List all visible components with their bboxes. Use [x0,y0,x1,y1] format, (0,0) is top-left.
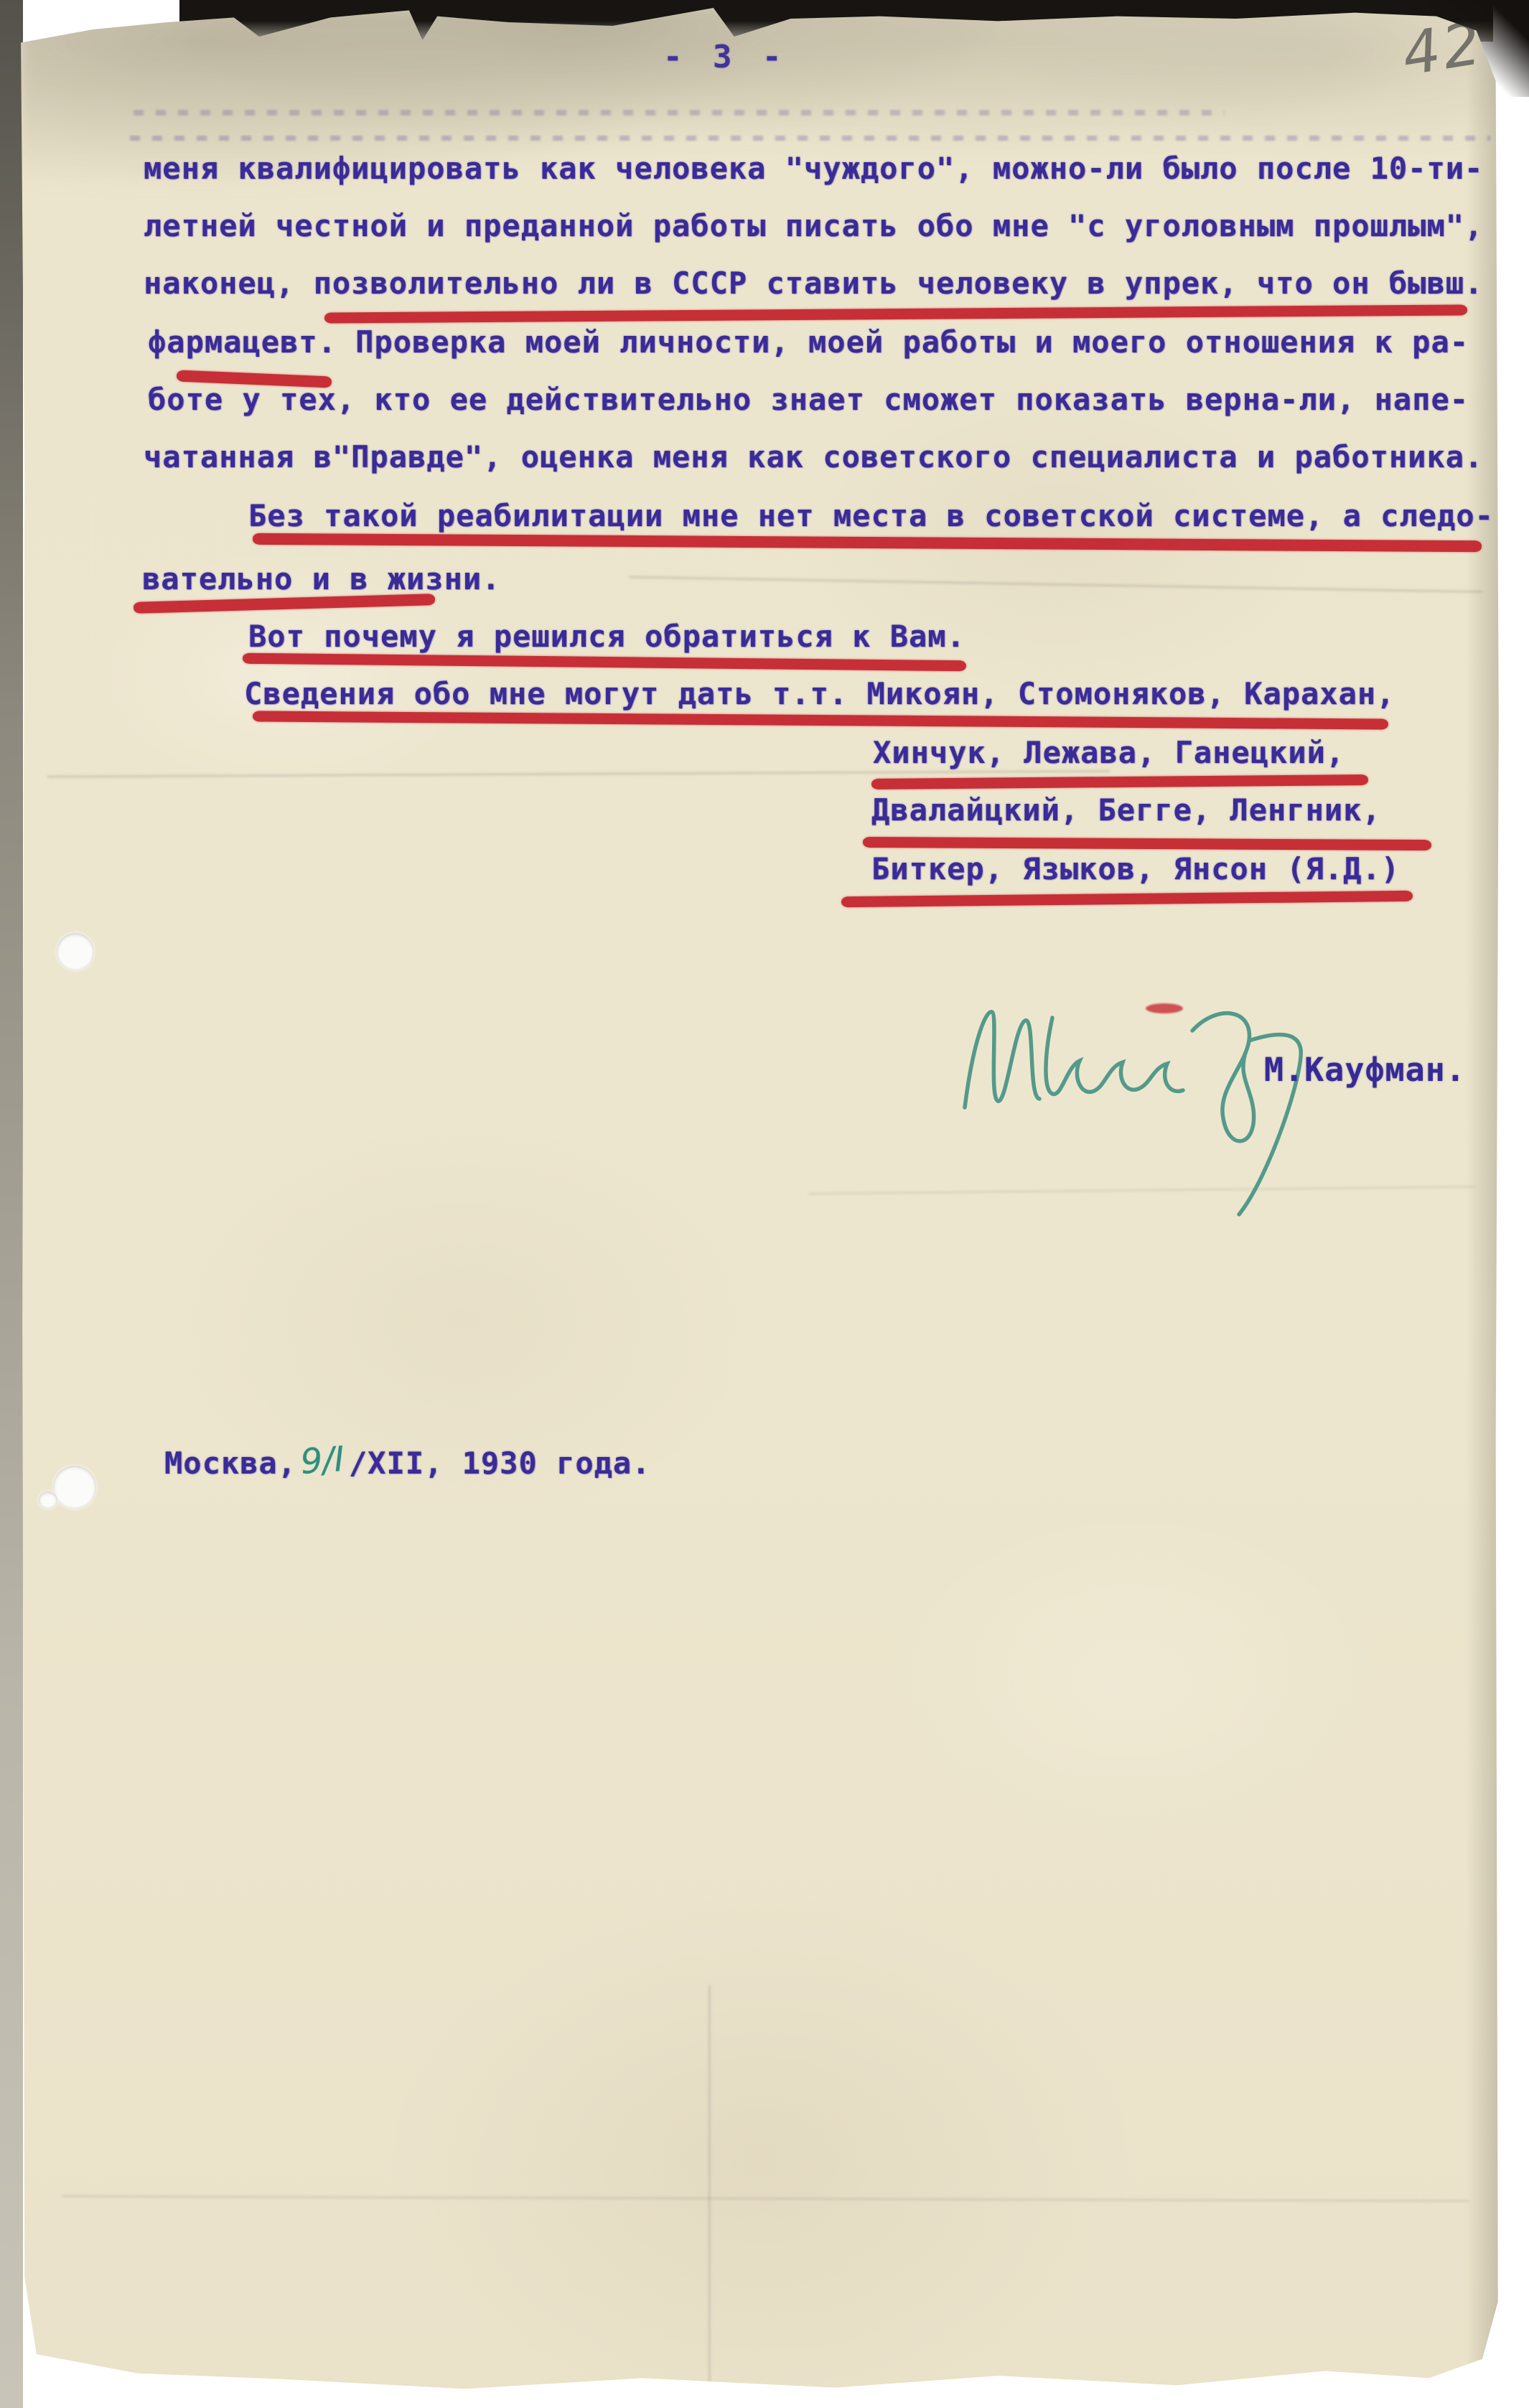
typed-line: Двалайцкий, Бегге, Ленгник, [871,795,1381,825]
typed-line: Хинчук, Лежава, Ганецкий, [873,738,1345,768]
typed-line: чатанная в"Правде", оценка меня как сове… [144,442,1483,472]
typed-line: Вот почему я решился обратиться к Вам. [248,622,965,652]
typed-line: Без такой реабилитации мне нет места в с… [248,501,1494,531]
dateline-rest: /XII, 1930 года. [349,1448,651,1479]
hole-punch-tear [39,1491,57,1509]
typed-line: Биткер, Языков, Янсон (Я.Д.) [871,854,1400,884]
paper-right-edge-shadow [1466,4,1503,2397]
crease-line [629,576,1483,594]
typed-line: наконец, позволительно ли в СССР ставить… [144,268,1483,299]
red-underline [253,533,1482,552]
crease-line [62,2195,1469,2203]
crease-line [47,769,1110,779]
scanned-letter-page: - 3 - 42 меня квалифицировать как челове… [0,0,1529,2408]
typed-line: фармацевт. Проверка моей личности, моей … [148,327,1469,357]
hole-punch [53,1466,96,1509]
typed-line: Сведения обо мне могут дать т.т. Микоян,… [244,679,1395,709]
red-underline [243,653,966,672]
red-underline [863,837,1431,851]
typed-signature-name: М.Кауфман. [1264,1054,1466,1086]
paper-sheet: - 3 - 42 меня квалифицировать как челове… [19,4,1503,2397]
handwritten-signature [945,989,1347,1233]
red-underline [841,891,1413,907]
typed-line: меня квалифицировать как человека "чуждо… [144,154,1483,184]
typed-line: вательно и в жизни. [142,564,500,594]
crease-line [708,1985,711,2387]
red-underline [253,711,1388,729]
ghost-text-line [134,110,1225,116]
dateline-city: Москва, [164,1448,296,1479]
typed-line: летней честной и преданной работы писать… [144,211,1483,241]
dateline: Москва, 9/I /XII, 1930 года. [164,1448,650,1479]
scanner-left-edge [0,0,23,2408]
page-number: - 3 - [663,42,787,73]
ghost-text-line [130,136,1490,141]
hole-punch [57,933,94,970]
typed-line: боте у тех, кто ее действительно знает с… [148,385,1469,415]
red-underline [134,594,435,614]
handwritten-day: 9/I [299,1444,345,1477]
red-underline [871,774,1368,790]
